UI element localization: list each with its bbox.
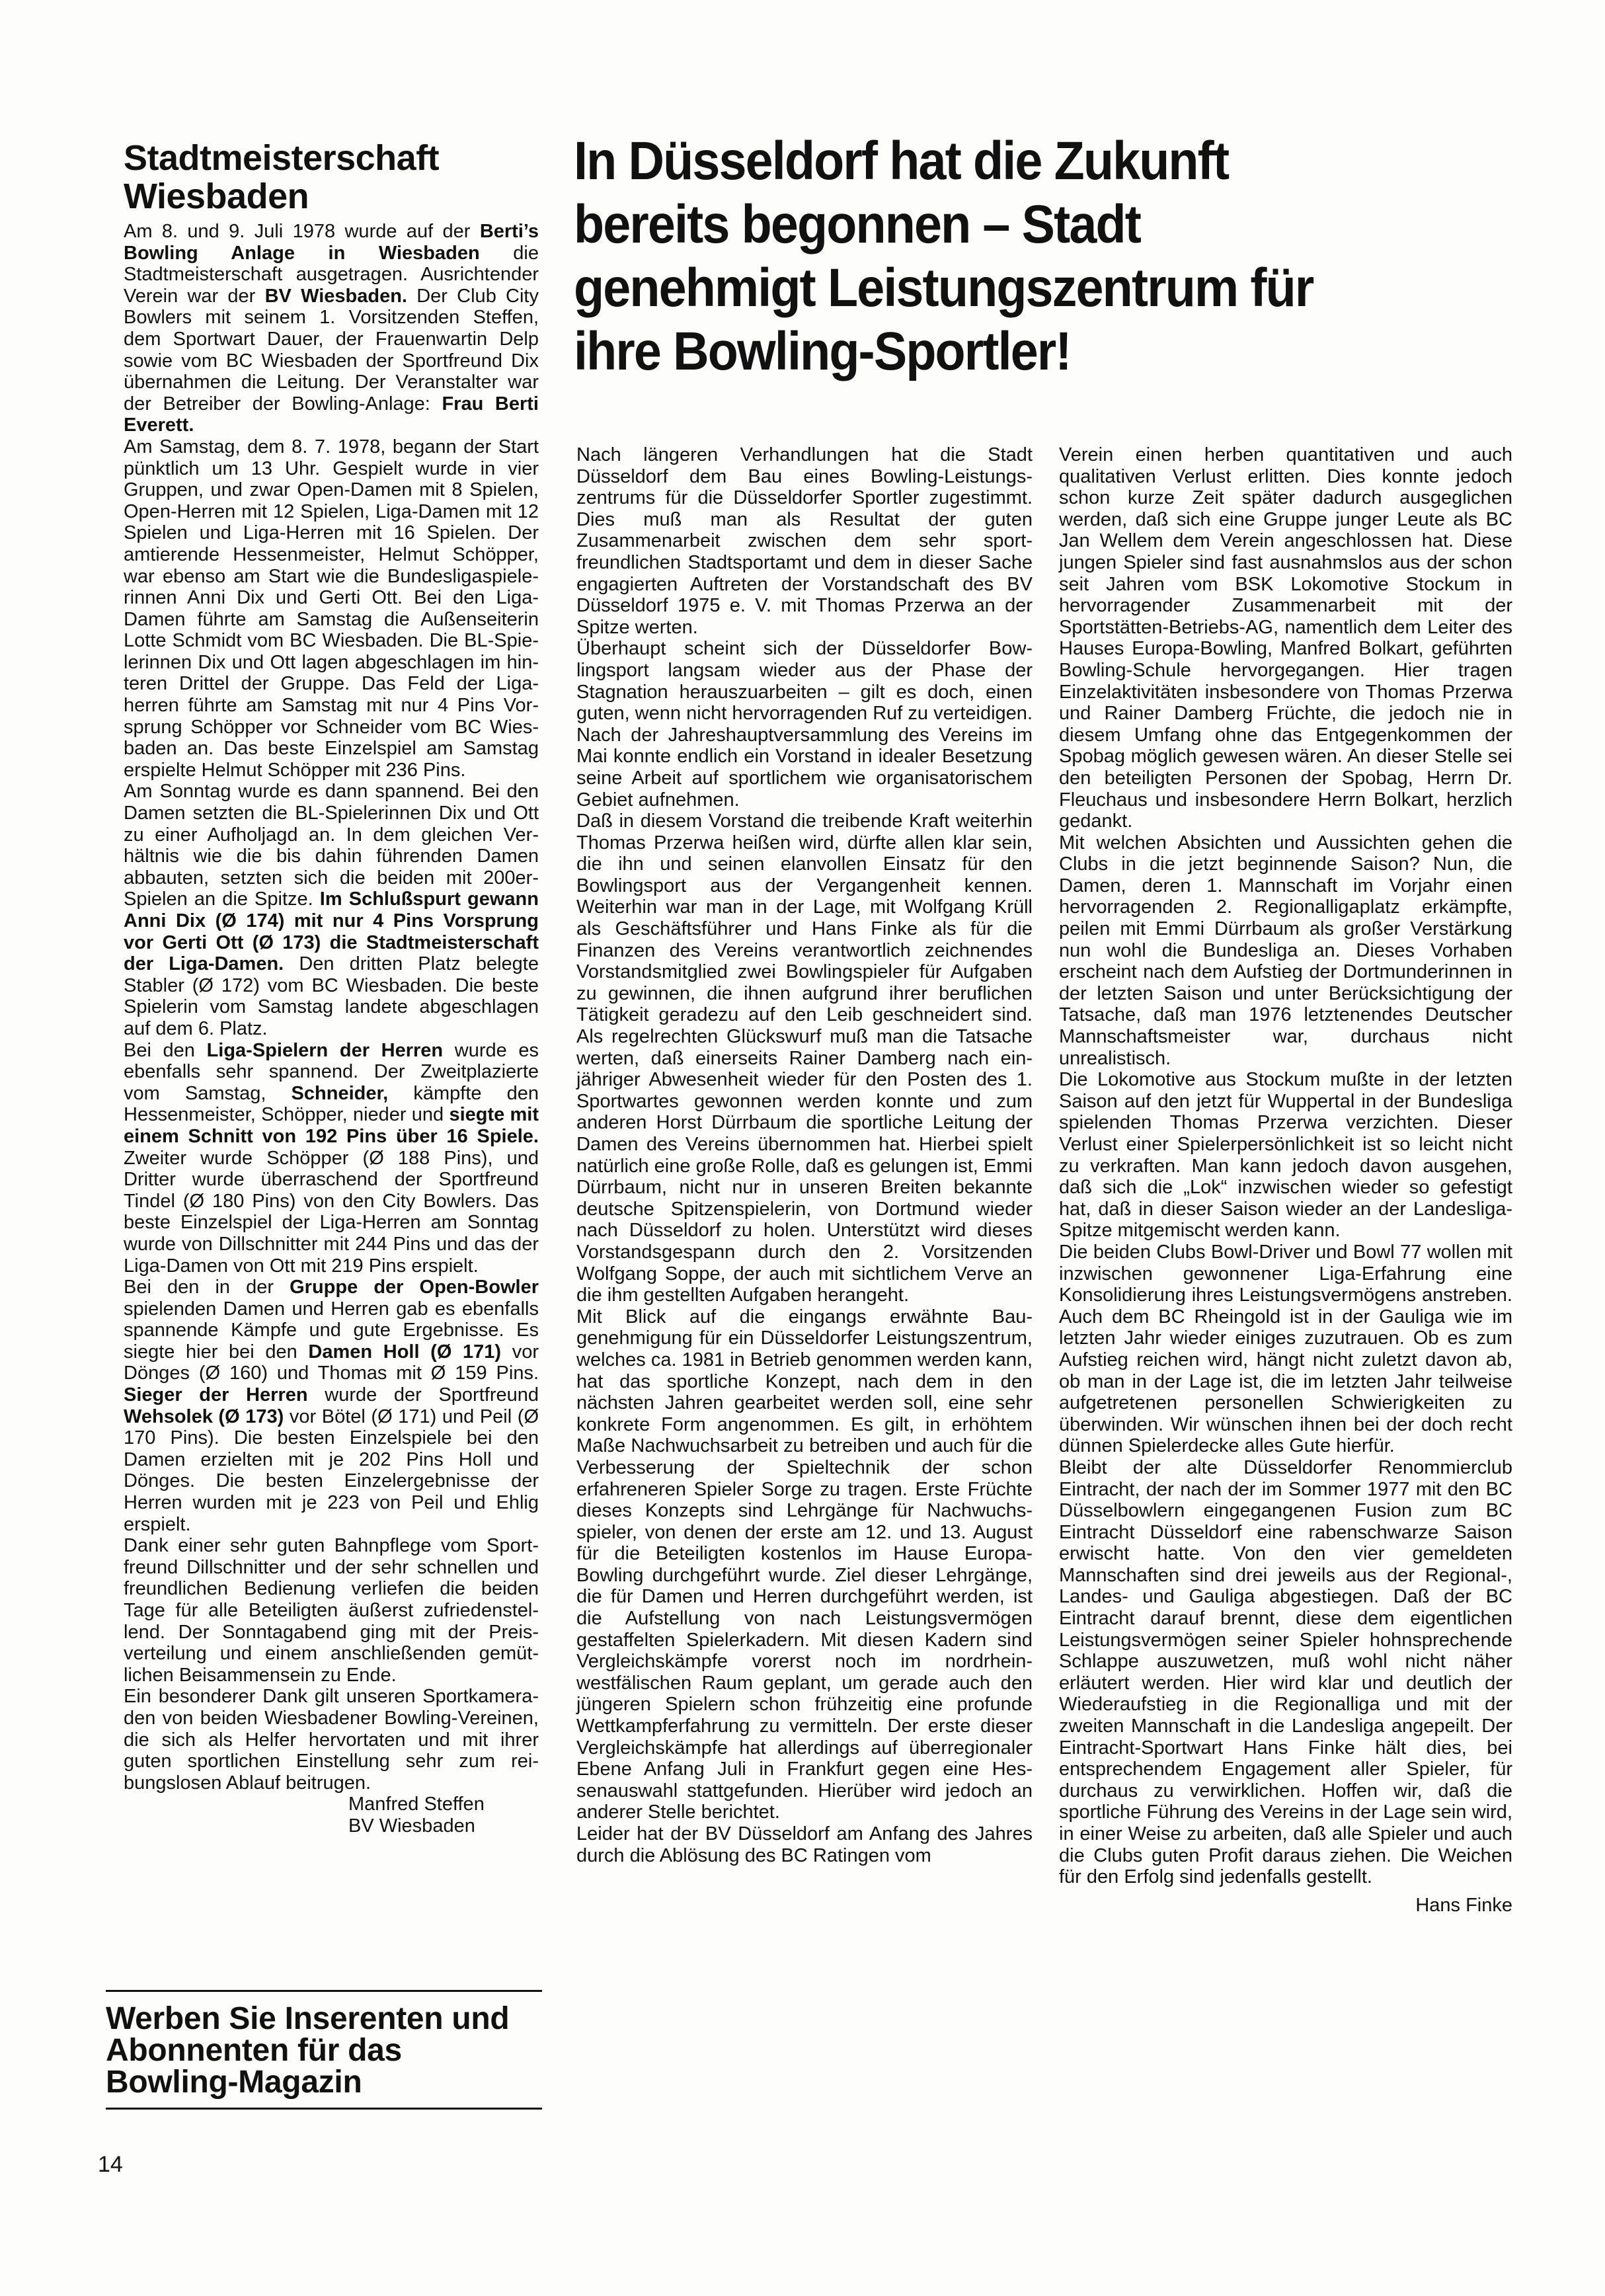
right-column-body: Verein einen herben quantitativen und au…	[1059, 444, 1512, 1888]
paragraph: Am Samstag, dem 8. 7. 1978, begann der S…	[124, 436, 539, 781]
promo-box: Werben Sie Inserenten und Abonnenten für…	[106, 2003, 555, 2098]
left-article-title-line: Stadtmeisterschaft	[124, 138, 439, 178]
middle-column-body: Nach längeren Verhandlungen hat die Stad…	[576, 444, 1033, 1866]
paragraph: Die beiden Clubs Bowl-Driver und Bowl 77…	[1059, 1242, 1512, 1457]
author-name: Manfred Steffen	[348, 1794, 539, 1815]
left-article-body: Am 8. und 9. Juli 1978 wurde auf der Ber…	[124, 221, 539, 1794]
promo-top-rule	[106, 1990, 542, 1992]
headline-line: bereits begonnen – Stadt	[574, 194, 1140, 255]
paragraph: Daß in diesem Vorstand die treibende Kra…	[576, 811, 1033, 1306]
paragraph: Dank einer sehr guten Bahnpflege vom Spo…	[124, 1535, 539, 1686]
main-article-right-column: Verein einen herben quantitativen und au…	[1059, 444, 1512, 1916]
promo-line: Bowling-Magazin	[106, 2065, 362, 2100]
paragraph: Nach längeren Verhandlungen hat die Stad…	[576, 444, 1033, 638]
paragraph: Bei den Liga-Spielern der Herren wurde e…	[124, 1040, 539, 1277]
paragraph: Mit Blick auf die eingangs erwähnte Bau­…	[576, 1306, 1033, 1823]
author-club: BV Wiesbaden	[348, 1815, 539, 1837]
paragraph: Bleibt der alte Düsseldorfer Renommiercl…	[1059, 1457, 1512, 1888]
paragraph: Bei den in der Gruppe der Open-Bowler sp…	[124, 1277, 539, 1535]
paragraph: Am Sonntag wurde es dann spannend. Bei d…	[124, 781, 539, 1039]
left-article-title: Stadtmeisterschaft Wiesbaden	[124, 139, 539, 216]
headline-line: genehmigt Leistungszentrum für	[574, 258, 1313, 318]
left-article: Stadtmeisterschaft Wiesbaden Am 8. und 9…	[124, 139, 539, 1837]
left-article-title-line: Wiesbaden	[124, 177, 309, 216]
paragraph: Nach der Jahreshauptversammlung des Vere…	[576, 725, 1033, 811]
promo-bottom-rule	[106, 2108, 542, 2110]
paragraph: Am 8. und 9. Juli 1978 wurde auf der Ber…	[124, 221, 539, 436]
promo-line: Abonnenten für das	[106, 2033, 402, 2068]
paragraph: Leider hat der BV Düsseldorf am Anfang d…	[576, 1823, 1033, 1866]
main-article-signature: Hans Finke	[1059, 1895, 1512, 1917]
page-number: 14	[98, 2152, 123, 2178]
headline-line: In Düsseldorf hat die Zukunft	[574, 131, 1228, 191]
paragraph: Die Lokomotive aus Stockum mußte in der …	[1059, 1069, 1512, 1242]
main-headline: In Düsseldorf hat die Zukunft bereits be…	[574, 130, 1425, 383]
left-article-signature: Manfred Steffen BV Wiesbaden	[124, 1794, 539, 1837]
paragraph: Mit welchen Absichten und Aussichten geh…	[1059, 832, 1512, 1070]
promo-line: Werben Sie Inserenten und	[106, 2001, 509, 2036]
paragraph: Überhaupt scheint sich der Düsseldorfer …	[576, 638, 1033, 724]
paragraph: Ein besonderer Dank gilt unseren Sportka…	[124, 1686, 539, 1794]
headline-line: ihre Bowling-Sportler!	[574, 321, 1071, 381]
main-article-middle-column: Nach längeren Verhandlungen hat die Stad…	[576, 444, 1033, 1866]
paragraph: Verein einen herben quantitativen und au…	[1059, 444, 1512, 832]
